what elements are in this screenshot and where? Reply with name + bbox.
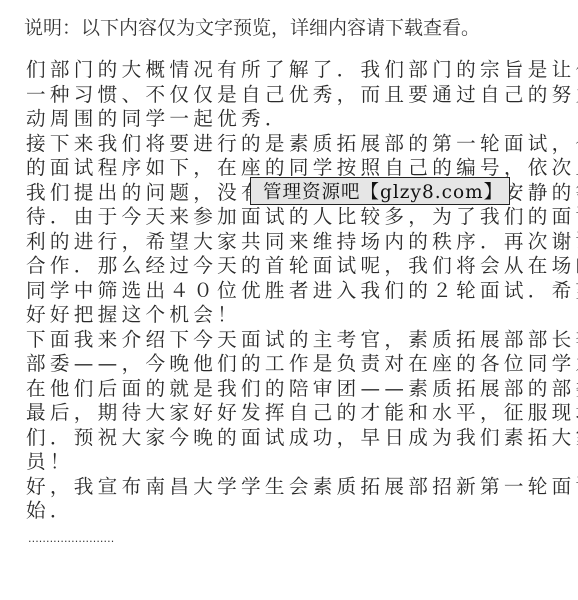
document-line: 们部门的大概情况有所了解了．我们部门的宗旨是让优秀成为: [26, 58, 546, 83]
document-line: 利的进行，希望大家共同来维持场内的秩序．再次谢谢大家的: [26, 230, 546, 255]
preview-notice: 说明：以下内容仅为文字预览，详细内容请下载查看。: [24, 15, 480, 41]
document-line: 一种习惯、不仅仅是自己优秀，而且要通过自己的努力工作带: [26, 83, 546, 108]
document-line: 始．: [26, 499, 546, 524]
document-line: 们．预祝大家今晚的面试成功，早日成为我们素拓大家庭的一: [26, 426, 546, 451]
document-line: 同学中筛选出４０位优胜者进入我们的２轮面试．希望大家都: [26, 279, 546, 304]
document-line: 最后，期待大家好好发挥自己的才能和水平，征服现场的评委: [26, 401, 546, 426]
watermark-banner: 管理资源吧【glzy8.com】: [250, 177, 510, 205]
document-line: 待．由于今天来参加面试的人比较多，为了我们的面试能很顺: [26, 205, 546, 230]
document-line: 员！: [26, 450, 546, 475]
document-line: 接下来我们将要进行的是素质拓展部的第一轮面试，今天我们: [26, 132, 546, 157]
ellipsis-line: ························: [26, 524, 546, 549]
document-line: 好，我宣布南昌大学学生会素质拓展部招新第一轮面试现在开: [26, 475, 546, 500]
document-body: 们部门的大概情况有所了解了．我们部门的宗旨是让优秀成为 一种习惯、不仅仅是自己优…: [26, 58, 546, 548]
document-line: 部委——，今晚他们的工作是负责对在座的各位同学发问，坐: [26, 352, 546, 377]
document-line: 动周围的同学一起优秀．: [26, 107, 546, 132]
ellipsis-dots: ························: [28, 530, 114, 555]
document-line: 在他们后面的就是我们的陪审团——素质拓展部的部委们．: [26, 377, 546, 402]
document-line: 合作．那么经过今天的首轮面试呢，我们将会从在场的一百个: [26, 254, 546, 279]
document-line: 下面我来介绍下今天面试的主考官，素质拓展部部长李亚东，: [26, 328, 546, 353]
document-line: 好好把握这个机会！: [26, 303, 546, 328]
